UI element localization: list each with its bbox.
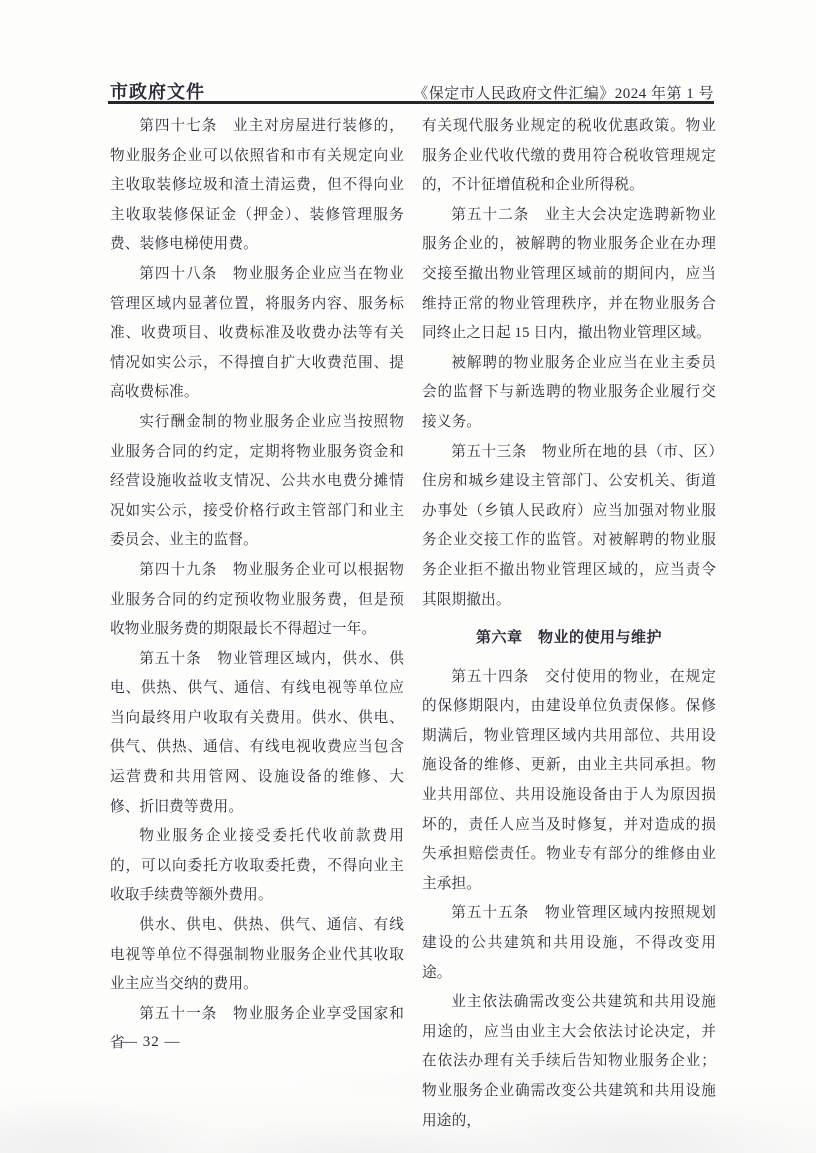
header-divider-rule [108, 101, 714, 104]
para-article-51-continuation: 有关现代服务业规定的税收优惠政策。物业服务企业代收代缴的费用符合税收管理规定的，… [422, 112, 716, 201]
para-article-53: 第五十三条 物业所在地的县（市、区）住房和城乡建设主管部门、公安机关、街道办事处… [422, 438, 716, 616]
page-number: — 32 — [122, 1034, 181, 1051]
para-article-49: 第四十九条 物业服务企业可以根据物业服务合同的约定预收物业服务费，但是预收物业服… [110, 556, 404, 645]
chapter-6-heading: 第六章 物业的使用与维护 [422, 623, 716, 653]
compilation-issue-title: 《保定市人民政府文件汇编》2024 年第 1 号 [413, 82, 714, 103]
para-article-52: 第五十二条 业主大会决定选聘新物业服务企业的，被解聘的物业服务企业在办理交接至撤… [422, 201, 716, 349]
left-column: 第四十七条 业主对房屋进行装修的，物业服务企业可以依照省和市有关规定向业主收取装… [110, 112, 404, 1136]
para-article-47: 第四十七条 业主对房屋进行装修的，物业服务企业可以依照省和市有关规定向业主收取装… [110, 112, 404, 260]
para-article-52-cont: 被解聘的物业服务企业应当在业主委员会的监督下与新选聘的物业服务企业履行交接义务。 [422, 349, 716, 438]
para-article-54: 第五十四条 交付使用的物业，在规定的保修期限内，由建设单位负责保修。保修期满后，… [422, 663, 716, 900]
para-article-50-cont-2: 供水、供电、供热、供气、通信、有线电视等单位不得强制物业服务企业代其收取业主应当… [110, 911, 404, 1000]
scanned-document-page: { "page": { "ink_color": "#2a2a36", "pag… [0, 0, 816, 1153]
para-article-55: 第五十五条 物业管理区域内按照规划建设的公共建筑和共用设施，不得改变用途。 [422, 899, 716, 988]
para-article-48: 第四十八条 物业服务企业应当在物业管理区域内显著位置，将服务内容、服务标准、收费… [110, 260, 404, 408]
para-article-50-cont-1: 物业服务企业接受委托代收前款费用的，可以向委托方收取委托费，不得向业主收取手续费… [110, 822, 404, 911]
right-column: 有关现代服务业规定的税收优惠政策。物业服务企业代收代缴的费用符合税收管理规定的，… [422, 112, 716, 1136]
para-article-50: 第五十条 物业管理区域内，供水、供电、供热、供气、通信、有线电视等单位应当向最终… [110, 645, 404, 823]
two-column-text-body: 第四十七条 业主对房屋进行装修的，物业服务企业可以依照省和市有关规定向业主收取装… [110, 112, 716, 1136]
para-article-48-cont: 实行酬金制的物业服务企业应当按照物业服务合同的约定，定期将物业服务资金和经营设施… [110, 408, 404, 556]
para-article-55-cont: 业主依法确需改变公共建筑和共用设施用途的，应当由业主大会依法讨论决定，并在依法办… [422, 988, 716, 1136]
